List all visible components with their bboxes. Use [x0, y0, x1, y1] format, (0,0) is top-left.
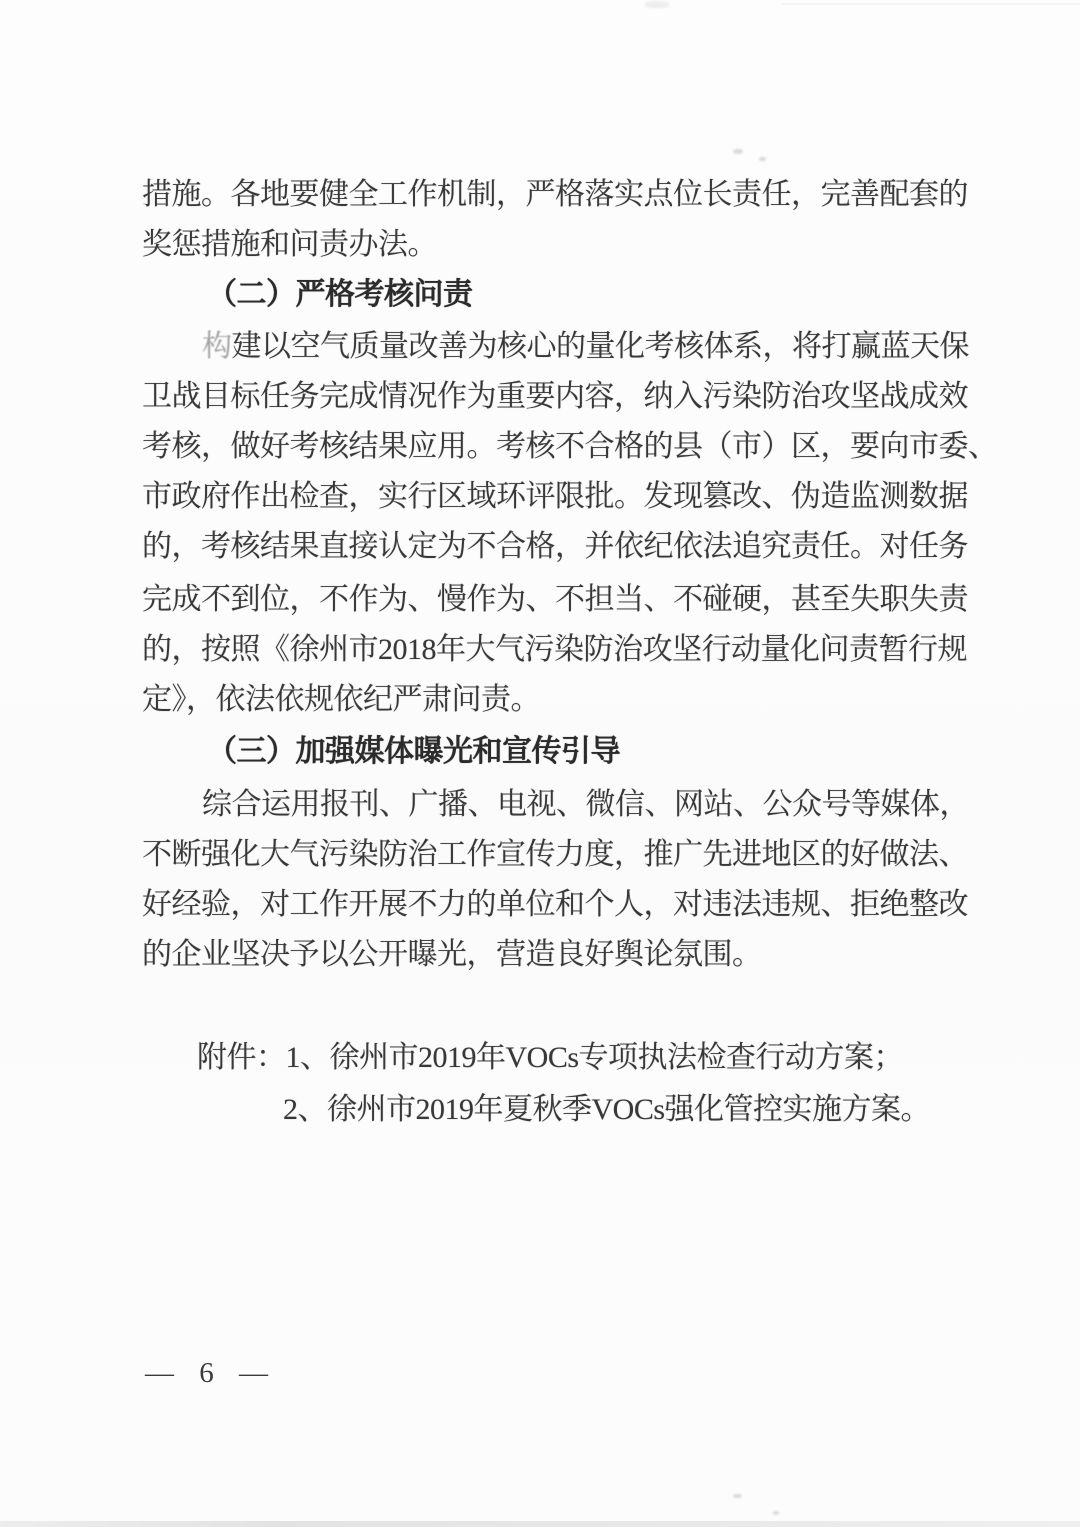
body-text-line: 综合运用报刊、广播、电视、微信、网站、公众号等媒体，	[202, 780, 969, 830]
body-text-line: 不断强化大气污染防治工作宣传力度，推广先进地区的好做法、	[142, 830, 968, 880]
body-text-line: 考核，做好考核结果应用。考核不合格的县（市）区，要向市委、	[142, 422, 998, 472]
scan-speck	[733, 149, 743, 154]
body-text-line: 的企业坚决予以公开曝光，营造良好舆论氛围。	[142, 930, 762, 980]
body-text-line: 的，按照《徐州市2018年大气污染防治攻坚行动量化问责暂行规	[142, 625, 967, 675]
scan-streak-bottom	[0, 1521, 1080, 1527]
body-text-line: 措施。各地要健全工作机制，严格落实点位长责任，完善配套的	[142, 170, 968, 220]
section-heading-2: （二）严格考核问责	[207, 270, 473, 320]
body-text-line: 定》，依法依规依纪严肃问责。	[142, 675, 540, 725]
body-text-line: 构建以空气质量改善为核心的量化考核体系，将打赢蓝天保	[202, 322, 969, 372]
scanned-document-page: 措施。各地要健全工作机制，严格落实点位长责任，完善配套的 奖惩措施和问责办法。 …	[0, 0, 1080, 1527]
scan-speck	[759, 157, 766, 161]
body-text-line: 奖惩措施和问责办法。	[142, 220, 437, 270]
faded-scan-character: 构	[202, 330, 232, 363]
page-number: — 6 —	[145, 1352, 277, 1394]
body-text-line: 完成不到位，不作为、慢作为、不担当、不碰硬，甚至失职失责	[142, 575, 968, 625]
body-text-line: 的，考核结果直接认定为不合格，并依纪依法追究责任。对任务	[142, 522, 968, 572]
body-text-segment: 建以空气质量改善为核心的量化考核体系，将打赢蓝天保	[232, 330, 970, 363]
body-text-line: 卫战目标任务完成情况作为重要内容，纳入污染防治攻坚战成效	[142, 372, 968, 422]
scan-smudge	[645, 1, 669, 8]
attachment-line-2: 2、徐州市2019年夏秋季VOCs强化管控实施方案。	[283, 1085, 930, 1135]
scan-streak-top	[782, 3, 1080, 5]
scan-speck	[733, 1494, 742, 1498]
scan-speck	[773, 1511, 779, 1515]
section-heading-3: （三）加强媒体曝光和宣传引导	[207, 727, 620, 777]
body-text-line: 好经验，对工作开展不力的单位和个人，对违法违规、拒绝整改	[142, 880, 968, 930]
body-text-line: 市政府作出检查，实行区域环评限批。发现篡改、伪造监测数据	[142, 472, 968, 522]
attachment-line-1: 附件：1、徐州市2019年VOCs专项执法检查行动方案；	[197, 1033, 903, 1083]
